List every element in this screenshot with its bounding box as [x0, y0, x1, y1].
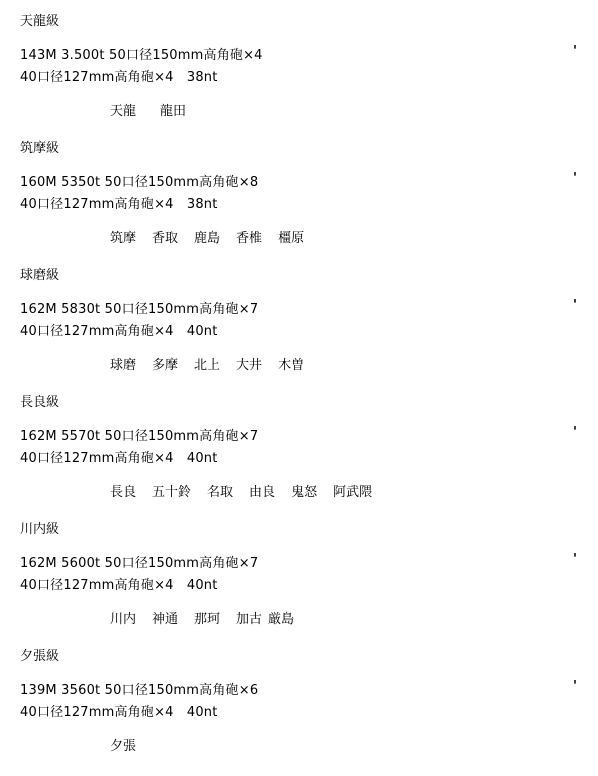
ship-name: 香取: [152, 231, 178, 247]
spec-line-2: 40口径127mm高角砲×4 40nt: [20, 324, 218, 340]
spec-line-1: 139M 3560t 50口径150mm高角砲×6: [20, 683, 258, 699]
ship-list: 夕張: [110, 739, 136, 755]
ship-name: 橿原: [278, 231, 304, 247]
ship-name: 名取: [207, 485, 233, 501]
class-section-tenryu: 天龍級 143M 3.500t 50口径150mm高角砲×4 40口径127mm…: [20, 14, 590, 142]
spec-line-1: 162M 5570t 50口径150mm高角砲×7: [20, 429, 258, 445]
spec-line-1: 162M 5830t 50口径150mm高角砲×7: [20, 302, 258, 318]
ship-name: 加古: [236, 612, 262, 628]
ship-name: 由良: [249, 485, 275, 501]
ship-name: 神通: [152, 612, 178, 628]
ship-list: 球磨 多摩 北上 大井 木曽: [110, 358, 304, 374]
class-title: 筑摩級: [20, 141, 59, 157]
ship-name: 五十鈴: [152, 485, 191, 501]
ship-name: 龍田: [160, 104, 186, 120]
spec-line-2: 40口径127mm高角砲×4 40nt: [20, 578, 218, 594]
class-section-sendai: 川内級 162M 5600t 50口径150mm高角砲×7 40口径127mm高…: [20, 522, 590, 650]
ship-name: 那珂: [194, 612, 220, 628]
ship-name: 天龍: [110, 104, 136, 120]
margin-mark: ': [573, 298, 577, 314]
margin-mark: ': [573, 425, 577, 441]
margin-mark: ': [573, 44, 577, 60]
ship-list: 天龍 龍田: [110, 104, 186, 120]
ship-name: 大井: [236, 358, 262, 374]
spec-line-2: 40口径127mm高角砲×4 40nt: [20, 451, 218, 467]
spec-line-1: 143M 3.500t 50口径150mm高角砲×4: [20, 48, 263, 64]
ship-name: 夕張: [110, 739, 136, 755]
ship-name: 川内: [110, 612, 136, 628]
ship-list: 長良 五十鈴 名取 由良 鬼怒 阿武隈: [110, 485, 372, 501]
class-title: 夕張級: [20, 649, 59, 665]
ship-name: 香椎: [236, 231, 262, 247]
margin-mark: ': [573, 552, 577, 568]
ship-list: 川内 神通 那珂 加古 厳島: [110, 612, 294, 628]
class-title: 球磨級: [20, 268, 59, 284]
class-section-yubari: 夕張級 139M 3560t 50口径150mm高角砲×6 40口径127mm高…: [20, 649, 590, 776]
class-title: 天龍級: [20, 14, 59, 30]
ship-name: 筑摩: [110, 231, 136, 247]
class-section-nagara: 長良級 162M 5570t 50口径150mm高角砲×7 40口径127mm高…: [20, 395, 590, 523]
class-section-kuma: 球磨級 162M 5830t 50口径150mm高角砲×7 40口径127mm高…: [20, 268, 590, 396]
class-title: 長良級: [20, 395, 59, 411]
ship-name: 長良: [110, 485, 136, 501]
ship-name: 厳島: [268, 612, 294, 628]
spec-line-2: 40口径127mm高角砲×4 38nt: [20, 70, 218, 86]
class-section-chikuma: 筑摩級 160M 5350t 50口径150mm高角砲×8 40口径127mm高…: [20, 141, 590, 269]
ship-name: 阿武隈: [333, 485, 372, 501]
margin-mark: ': [573, 679, 577, 695]
spec-line-2: 40口径127mm高角砲×4 38nt: [20, 197, 218, 213]
ship-name: 北上: [194, 358, 220, 374]
ship-name: 鹿島: [194, 231, 220, 247]
spec-line-2: 40口径127mm高角砲×4 40nt: [20, 705, 218, 721]
ship-name: 多摩: [152, 358, 178, 374]
spec-line-1: 162M 5600t 50口径150mm高角砲×7: [20, 556, 258, 572]
ship-list: 筑摩 香取 鹿島 香椎 橿原: [110, 231, 304, 247]
class-title: 川内級: [20, 522, 59, 538]
ship-name: 球磨: [110, 358, 136, 374]
ship-name: 木曽: [278, 358, 304, 374]
spec-line-1: 160M 5350t 50口径150mm高角砲×8: [20, 175, 258, 191]
ship-name: 鬼怒: [291, 485, 317, 501]
margin-mark: ': [573, 171, 577, 187]
